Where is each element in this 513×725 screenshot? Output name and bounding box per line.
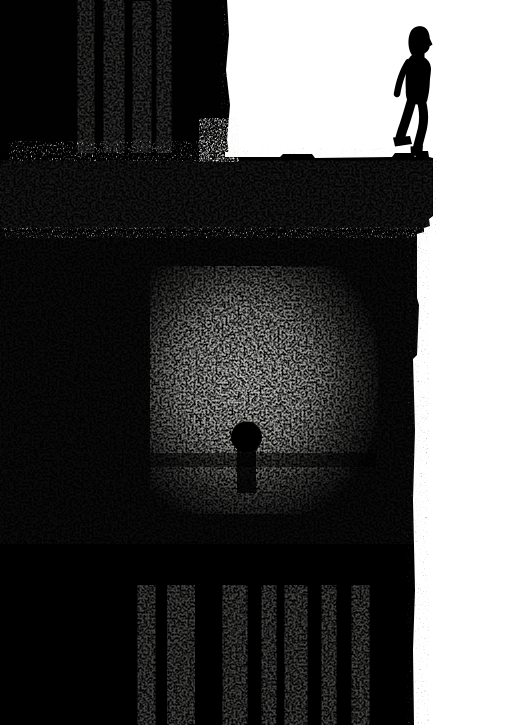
dark-circle-drip [237, 449, 256, 493]
lower-seam-speckles [12, 228, 420, 237]
upper-seam-speckles [14, 143, 226, 159]
cornice-corner-grunge [424, 160, 436, 236]
block-right-edge-grunge [221, 0, 238, 155]
man-front-arm [424, 64, 427, 100]
cornice-texture [4, 162, 424, 228]
illustration-svg: Silhouette of a man walking toward the e… [0, 0, 513, 725]
artwork-canvas: Silhouette of a man walking toward the e… [0, 0, 513, 725]
texture-dark-band [150, 453, 376, 467]
man-back-foot [411, 146, 424, 157]
dark-circle [231, 422, 262, 453]
right-edge-dark-speckles [416, 235, 428, 723]
right-edge-white-speckles [407, 238, 417, 723]
gap-faint-marks [240, 148, 390, 156]
